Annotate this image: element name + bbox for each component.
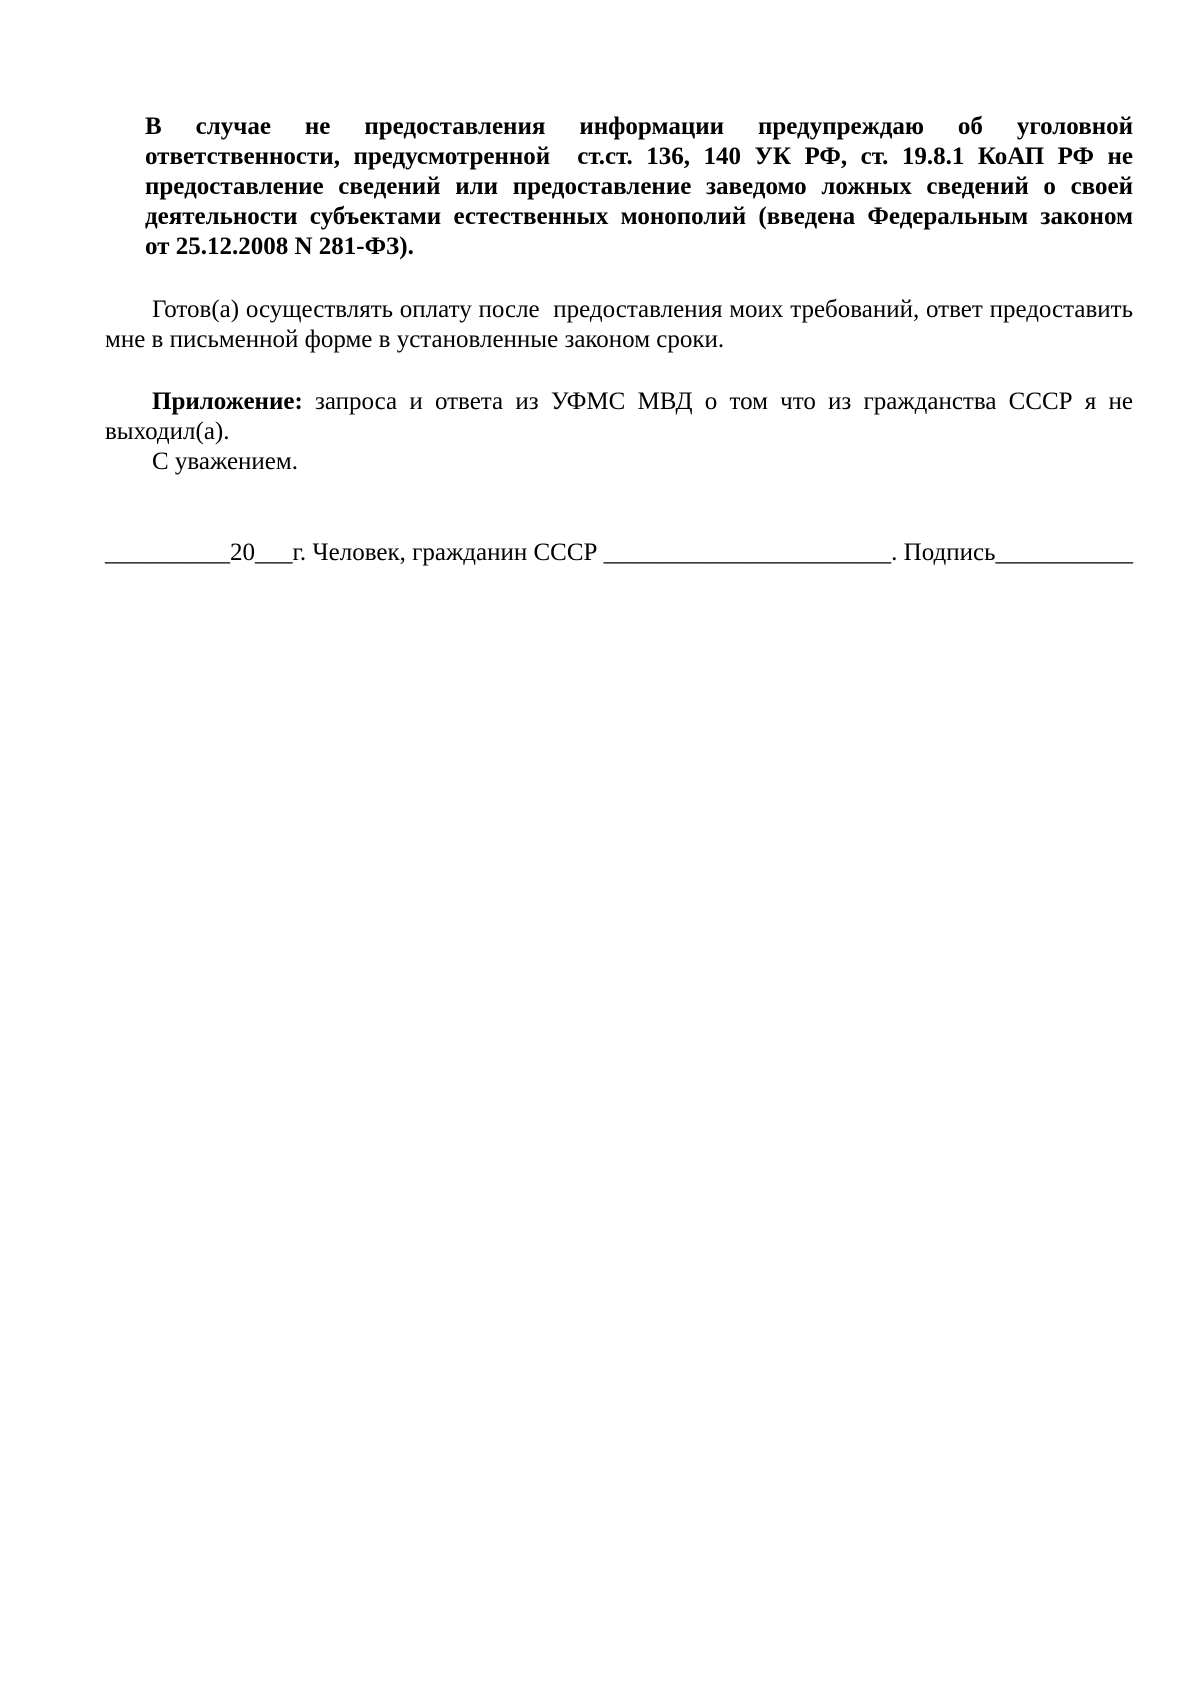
name-blank: _______________________ <box>604 539 892 566</box>
citizen-text: г. Человек, гражданин СССР <box>293 539 604 566</box>
payment-line-2: мне в письменной форме в установленные з… <box>105 325 1133 355</box>
year-prefix: 20 <box>230 539 255 566</box>
document-page: В случае не предоставления информации пр… <box>0 0 1200 1699</box>
closing-paragraph: С уважением. <box>105 447 1133 477</box>
warning-line-5: от 25.12.2008 N 281-ФЗ). <box>145 232 1133 262</box>
payment-line-1: Готов(а) осуществлять оплату после предо… <box>105 295 1133 325</box>
attachment-text: запроса и ответа из УФМС МВД о том что и… <box>303 388 1133 415</box>
attachment-label: Приложение: <box>152 388 303 415</box>
warning-line-2: ответственности, предусмотренной ст.ст. … <box>145 142 1133 172</box>
year-blank: ___ <box>255 539 293 566</box>
closing-salutation: С уважением. <box>105 447 1133 477</box>
warning-line-4: деятельности субъектами естественных мон… <box>145 202 1133 232</box>
attachment-line-2: выходил(а). <box>105 417 1133 447</box>
date-blank: __________ <box>105 539 230 566</box>
payment-terms-paragraph: Готов(а) осуществлять оплату после предо… <box>105 295 1133 355</box>
attachment-paragraph: Приложение: запроса и ответа из УФМС МВД… <box>105 387 1133 447</box>
signature-line: __________20___г. Человек, гражданин ССС… <box>105 538 1133 568</box>
warning-line-1: В случае не предоставления информации пр… <box>145 112 1133 142</box>
signature-blank: ___________ <box>995 539 1133 566</box>
criminal-liability-warning-paragraph: В случае не предоставления информации пр… <box>145 112 1133 262</box>
warning-line-3: предоставление сведений или предоставлен… <box>145 172 1133 202</box>
signature-label: . Подпись <box>891 539 995 566</box>
letter-body: В случае не предоставления информации пр… <box>105 112 1133 568</box>
attachment-line-1: Приложение: запроса и ответа из УФМС МВД… <box>105 387 1133 417</box>
